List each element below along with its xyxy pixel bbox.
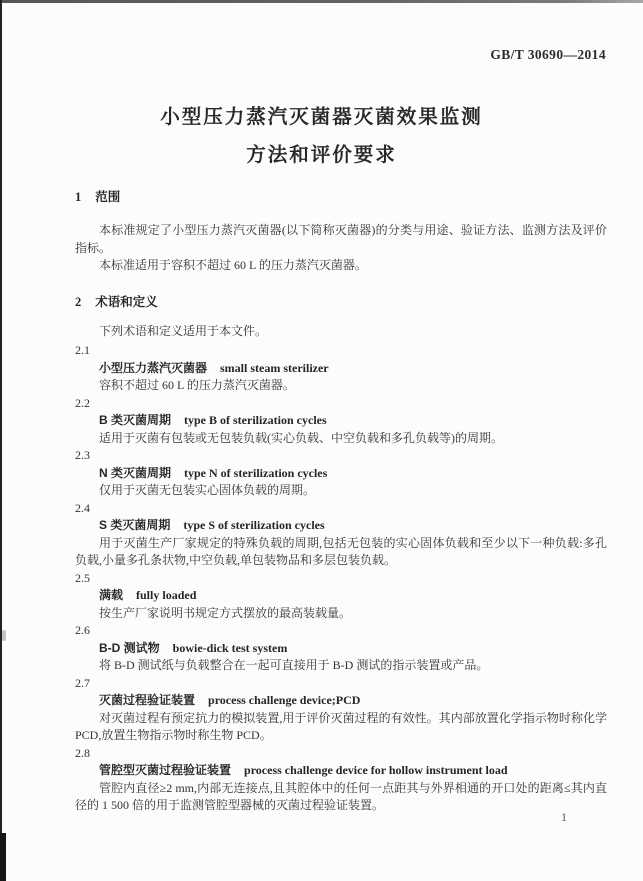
- term-heading: B 类灭菌周期type B of sterilization cycles: [75, 412, 607, 430]
- term-definition: 仅用于灭菌无包装实心固体负载的周期。: [75, 482, 607, 500]
- section-1-number: 1: [75, 190, 81, 204]
- term-en: bowie-dick test system: [173, 641, 288, 655]
- term-en: type N of sterilization cycles: [184, 466, 327, 480]
- term-number: 2.1: [75, 342, 607, 360]
- document-body: 1范围 本标准规定了小型压力蒸汽灭菌器(以下简称灭菌器)的分类与用途、验证方法、…: [75, 0, 607, 815]
- term-en: process challenge device for hollow inst…: [244, 763, 508, 777]
- term-en: process challenge device;PCD: [208, 693, 360, 707]
- term-heading: 灭菌过程验证装置process challenge device;PCD: [75, 692, 607, 710]
- term-en: type B of sterilization cycles: [184, 413, 327, 427]
- term-entry: 2.6 B-D 测试物bowie-dick test system 将 B-D …: [75, 622, 607, 675]
- term-number: 2.3: [75, 447, 607, 465]
- term-entry: 2.1 小型压力蒸汽灭菌器small steam sterilizer 容积不超…: [75, 342, 607, 395]
- term-en: small steam sterilizer: [220, 361, 329, 375]
- term-heading: 满载fully loaded: [75, 587, 607, 605]
- scan-smudge: [2, 630, 6, 641]
- section-1-heading: 1范围: [75, 188, 607, 206]
- term-zh: 灭菌过程验证装置: [99, 693, 195, 707]
- section-2-intro: 下列术语和定义适用于本文件。: [75, 323, 607, 341]
- term-en: type S of sterilization cycles: [183, 518, 324, 532]
- term-en: fully loaded: [136, 588, 196, 602]
- term-entry: 2.8 管腔型灭菌过程验证装置process challenge device …: [75, 745, 607, 815]
- term-zh: 管腔型灭菌过程验证装置: [99, 763, 231, 777]
- document-page: GB/T 30690—2014 小型压力蒸汽灭菌器灭菌效果监测 方法和评价要求 …: [0, 0, 643, 881]
- term-entry: 2.7 灭菌过程验证装置process challenge device;PCD…: [75, 675, 607, 745]
- term-number: 2.8: [75, 745, 607, 763]
- term-number: 2.7: [75, 675, 607, 693]
- term-definition: 对灭菌过程有预定抗力的模拟装置,用于评价灭菌过程的有效性。其内部放置化学指示物时…: [75, 710, 607, 745]
- term-number: 2.2: [75, 395, 607, 413]
- section-1-title: 范围: [95, 190, 120, 204]
- term-heading: 小型压力蒸汽灭菌器small steam sterilizer: [75, 360, 607, 378]
- term-number: 2.5: [75, 570, 607, 588]
- section-1-paragraph: 本标准适用于容积不超过 60 L 的压力蒸汽灭菌器。: [75, 257, 607, 275]
- section-2-title: 术语和定义: [95, 295, 158, 309]
- term-entry: 2.3 N 类灭菌周期type N of sterilization cycle…: [75, 447, 607, 500]
- term-zh: 满载: [99, 588, 123, 602]
- terms-list: 2.1 小型压力蒸汽灭菌器small steam sterilizer 容积不超…: [75, 342, 607, 815]
- term-entry: 2.4 S 类灭菌周期type S of sterilization cycle…: [75, 500, 607, 570]
- term-number: 2.6: [75, 622, 607, 640]
- term-definition: 按生产厂家说明书规定方式摆放的最高装载量。: [75, 605, 607, 623]
- term-heading: 管腔型灭菌过程验证装置process challenge device for …: [75, 762, 607, 780]
- term-heading: B-D 测试物bowie-dick test system: [75, 640, 607, 658]
- term-zh: 小型压力蒸汽灭菌器: [99, 361, 207, 375]
- term-definition: 适用于灭菌有包装或无包装负载(实心负载、中空负载和多孔负载等)的周期。: [75, 430, 607, 448]
- term-zh: N 类灭菌周期: [99, 466, 171, 480]
- term-number: 2.4: [75, 500, 607, 518]
- term-definition: 容积不超过 60 L 的压力蒸汽灭菌器。: [75, 377, 607, 395]
- term-heading: N 类灭菌周期type N of sterilization cycles: [75, 465, 607, 483]
- term-definition: 管腔内直径≥2 mm,内部无连接点,且其腔体中的任何一点距其与外界相通的开口处的…: [75, 780, 607, 815]
- section-2-heading: 2术语和定义: [75, 293, 607, 311]
- section-2-number: 2: [75, 295, 81, 309]
- term-entry: 2.2 B 类灭菌周期type B of sterilization cycle…: [75, 395, 607, 448]
- scan-corner-bottom-left: [0, 833, 6, 881]
- term-heading: S 类灭菌周期type S of sterilization cycles: [75, 517, 607, 535]
- page-number: 1: [561, 810, 567, 825]
- term-zh: B 类灭菌周期: [99, 413, 171, 427]
- term-entry: 2.5 满载fully loaded 按生产厂家说明书规定方式摆放的最高装载量。: [75, 570, 607, 623]
- term-zh: B-D 测试物: [99, 641, 160, 655]
- term-definition: 将 B-D 测试纸与负载整合在一起可直接用于 B-D 测试的指示装置或产品。: [75, 657, 607, 675]
- section-1-paragraph: 本标准规定了小型压力蒸汽灭菌器(以下简称灭菌器)的分类与用途、验证方法、监测方法…: [75, 222, 607, 257]
- term-definition: 用于灭菌生产厂家规定的特殊负载的周期,包括无包装的实心固体负载和至少以下一种负载…: [75, 535, 607, 570]
- term-zh: S 类灭菌周期: [99, 518, 170, 532]
